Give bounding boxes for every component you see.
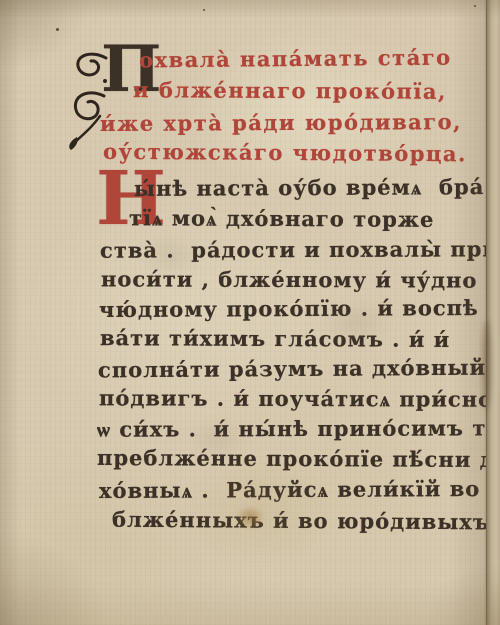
text-line: по́двигъ . и́ поуча́тисѧ при́сно xyxy=(99,385,493,412)
text-line: блже́нныхъ и́ во юро́дивыхъ xyxy=(112,507,490,535)
text-line: тїѧ моѧ̀ дхо́внаго торже xyxy=(129,205,435,233)
text-line: ѡ си́хъ . и́ ны́нѣ прино́симъ ти xyxy=(97,415,500,442)
text-line: сполна́ти ра́зумъ на дхо́вный xyxy=(98,355,486,383)
text-line: чю́дному проко́пїю . и́ воспѣ xyxy=(99,295,479,322)
text-line: ства̀ . ра́дости и похвалы̀ при xyxy=(100,236,499,262)
text-line: и́же хрта̀ ра́ди юро́диваго, xyxy=(100,109,462,136)
text-line: ва́ти ти́химъ гла́сомъ . и́ и́ xyxy=(100,325,450,352)
dirt-speck xyxy=(203,9,205,11)
text-line: хо́вныѧ . Ра́дуйсѧ вели́кїй во xyxy=(99,476,480,504)
text-line: оу́стюжска́го чюдотво́рца. xyxy=(103,139,467,167)
text-line: ы́нѣ наста̀ оу́бо вре́мѧ бра́ xyxy=(134,174,484,202)
dirt-speck xyxy=(56,28,59,31)
dirt-speck xyxy=(474,5,476,7)
text-line: преблже́нне проко́пїе пѣ́сни ду xyxy=(97,445,500,472)
text-line: охвала̀ напа́мать ста́го xyxy=(139,45,452,73)
text-line: и блже́ннаго проко́пїа, xyxy=(133,77,447,104)
manuscript-page: П Н охвала̀ напа́мать ста́го и блже́ннаг… xyxy=(0,0,500,625)
text-line: носи́ти , блже́нному и́ чу́дно xyxy=(101,266,478,292)
